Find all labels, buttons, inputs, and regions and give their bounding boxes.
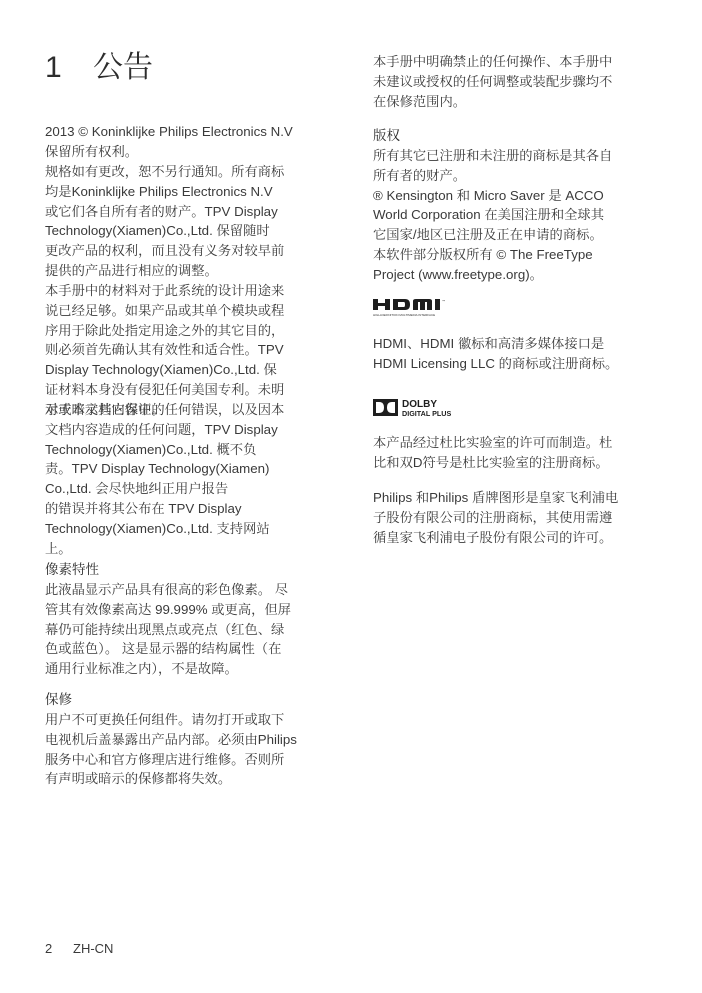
- material-adequacy-notice: 本手册中的材料对于此系统的设计用途来 说已经足够。如果产品或其单个模块或程 序用…: [45, 281, 345, 420]
- hdmi-trademark-text: HDMI、HDMI 徽标和高清多媒体接口是 HDMI Licensing LLC…: [373, 334, 668, 374]
- svg-text:DIGITAL PLUS: DIGITAL PLUS: [402, 409, 451, 418]
- pixel-section-body: 此液晶显示产品具有很高的彩色像素。 尽 管其有效像素高达 99.999% 或更高…: [45, 580, 345, 679]
- svg-text:HIGH-DEFINITION MULTIMEDIA INT: HIGH-DEFINITION MULTIMEDIA INTERFACE: [373, 313, 435, 317]
- copyright-section-body: 所有其它已注册和未注册的商标是其各自 所有者的财产。 ® Kensington …: [373, 146, 663, 285]
- chapter-title-text: 公告: [93, 51, 153, 84]
- page-footer: 2ZH-CN: [45, 941, 113, 956]
- hdmi-logo-icon: ™ HIGH-DEFINITION MULTIMEDIA INTERFACE: [373, 298, 463, 318]
- svg-text:™: ™: [442, 299, 445, 303]
- page-number: 2: [45, 941, 73, 956]
- error-liability-notice: 对于本文档内容中的任何错误，以及因本 文档内容造成的任何问题，TPV Displ…: [45, 400, 345, 558]
- copyright-section-heading: 版权: [373, 126, 400, 146]
- chapter-title: 1公告: [45, 50, 153, 86]
- dolby-logo: DOLBY DIGITAL PLUS: [373, 397, 463, 419]
- pixel-section-heading: 像素特性: [45, 560, 99, 580]
- dolby-trademark-text: 本产品经过杜比实验室的许可而制造。杜 比和双D符号是杜比实验室的注册商标。: [373, 433, 668, 473]
- warranty-continued: 本手册中明确禁止的任何操作、本手册中 未建议或授权的任何调整或装配步骤均不 在保…: [373, 52, 663, 111]
- hdmi-logo: ™ HIGH-DEFINITION MULTIMEDIA INTERFACE: [373, 298, 463, 318]
- copyright-notice: 2013 © Koninklijke Philips Electronics N…: [45, 122, 345, 162]
- philips-shield-trademark-text: Philips 和Philips 盾牌图形是皇家飞利浦电 子股份有限公司的注册商…: [373, 488, 668, 547]
- language-code: ZH-CN: [73, 941, 113, 956]
- trademark-notice: 规格如有更改，恕不另行通知。所有商标 均是Koninklijke Philips…: [45, 162, 345, 281]
- warranty-section-heading: 保修: [45, 690, 72, 710]
- warranty-section-body: 用户不可更换任何组件。请勿打开或取下 电视机后盖暴露出产品内部。必须由Phili…: [45, 710, 345, 789]
- chapter-number: 1: [45, 50, 93, 86]
- dolby-double-d-icon: DOLBY DIGITAL PLUS: [373, 397, 463, 419]
